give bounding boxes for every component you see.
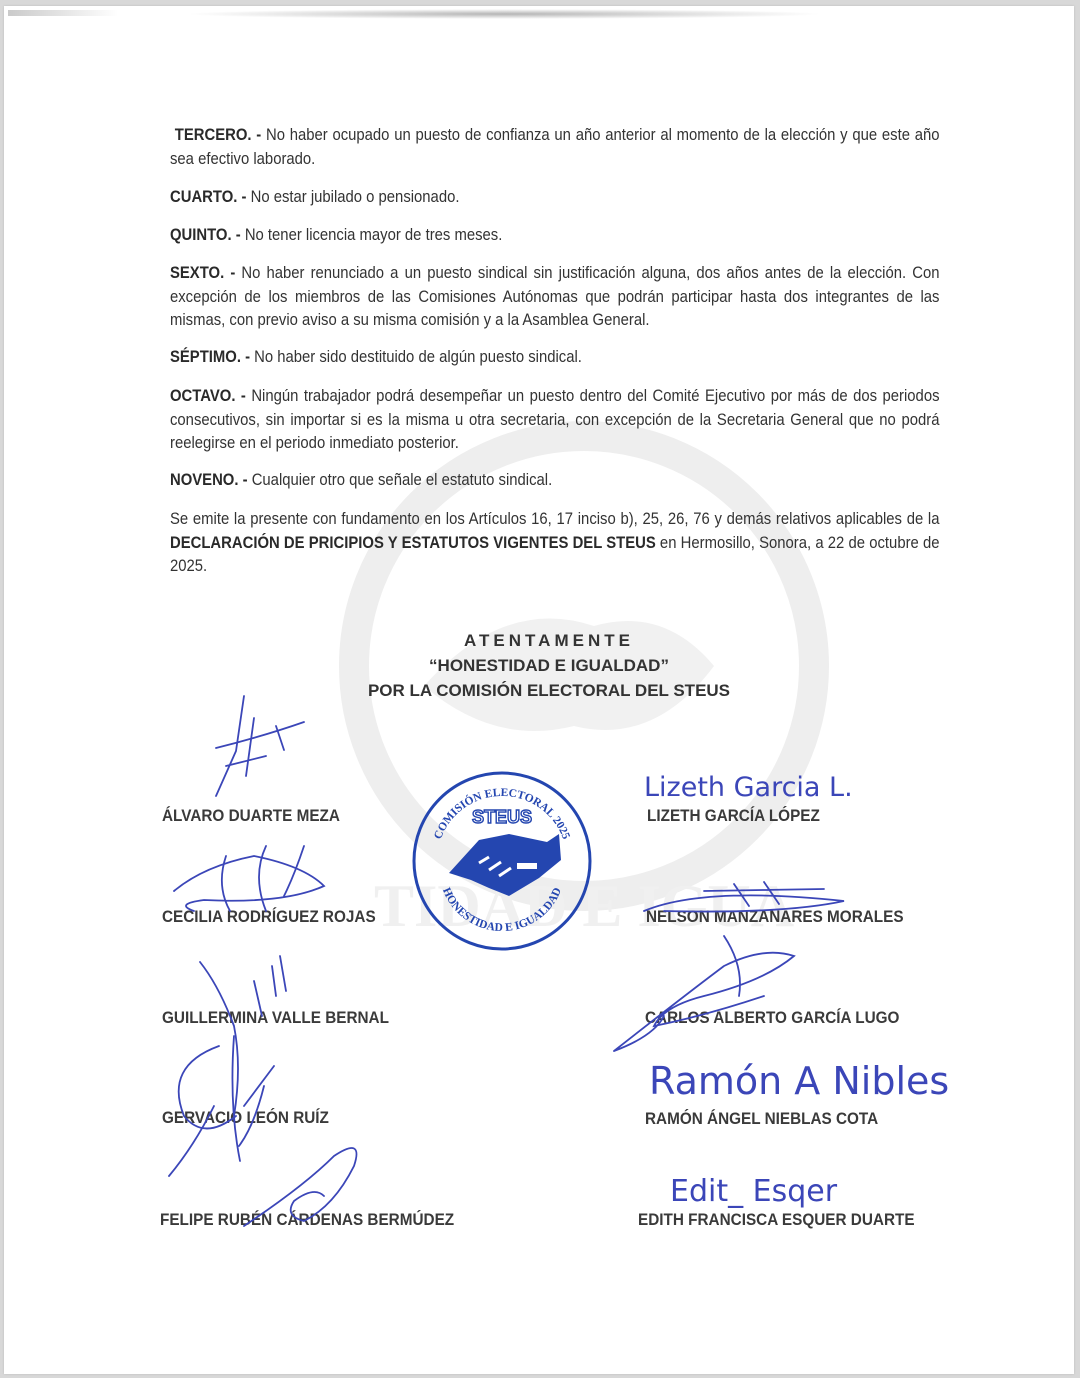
svg-text:HONESTIDAD E IGUALDAD: HONESTIDAD E IGUALDAD bbox=[440, 886, 564, 934]
clause-text: No haber ocupado un puesto de confianza … bbox=[170, 126, 940, 168]
signatory-name: CECILIA RODRÍGUEZ ROJAS bbox=[162, 907, 376, 927]
clause-text: No haber renunciado a un puesto sindical… bbox=[170, 264, 940, 329]
clause-text: No tener licencia mayor de tres meses. bbox=[245, 226, 503, 244]
clause-text: No haber sido destituido de algún puesto… bbox=[254, 348, 582, 366]
seal-center-text: STEUS bbox=[472, 807, 532, 827]
clause-label: CUARTO. bbox=[170, 188, 237, 206]
clause-label: SÉPTIMO. bbox=[170, 348, 241, 366]
motto: “HONESTIDAD E IGUALDAD” bbox=[304, 653, 794, 678]
signatory-name: EDITH FRANCISCA ESQUER DUARTE bbox=[638, 1210, 915, 1230]
atentamente-heading: ATENTAMENTE bbox=[304, 628, 794, 653]
clause-text: No estar jubilado o pensionado. bbox=[251, 188, 460, 206]
scan-edge-shadow bbox=[184, 9, 824, 19]
clause-sexto: SEXTO. - No haber renunciado a un puesto… bbox=[170, 262, 940, 333]
clause-text: Ningún trabajador podrá desempeñar un pu… bbox=[170, 387, 940, 452]
clause-septimo: SÉPTIMO. - No haber sido destituido de a… bbox=[170, 346, 940, 370]
signatory-name: NELSON MANZANARES MORALES bbox=[646, 907, 904, 927]
statute-reference: DECLARACIÓN DE PRICIPIOS Y ESTATUTOS VIG… bbox=[170, 534, 656, 552]
clause-tercero: TERCERO. - No haber ocupado un puesto de… bbox=[170, 124, 940, 171]
signatory-name: CARLOS ALBERTO GARCÍA LUGO bbox=[645, 1008, 899, 1028]
clause-label: TERCERO. bbox=[175, 126, 252, 144]
signatory-name: RAMÓN ÁNGEL NIEBLAS COTA bbox=[645, 1109, 878, 1129]
signatory-name: ÁLVARO DUARTE MEZA bbox=[162, 806, 340, 826]
document-page: TIDAD E IGUA TERCERO. - No haber ocupado… bbox=[4, 6, 1074, 1374]
clause-label: NOVENO. bbox=[170, 471, 238, 489]
signatory-name: GERVACIO LEÓN RUÍZ bbox=[162, 1108, 329, 1128]
committee-line: POR LA COMISIÓN ELECTORAL DEL STEUS bbox=[304, 678, 794, 703]
clause-quinto: QUINTO. - No tener licencia mayor de tre… bbox=[170, 224, 940, 248]
clause-label: SEXTO. bbox=[170, 264, 224, 282]
clause-cuarto: CUARTO. - No estar jubilado o pensionado… bbox=[170, 186, 940, 210]
handwritten-signature-edith: Edit_ Esqer bbox=[670, 1174, 837, 1209]
clause-noveno: NOVENO. - Cualquier otro que señale el e… bbox=[170, 469, 940, 493]
closing-paragraph: Se emite la presente con fundamento en l… bbox=[170, 508, 940, 579]
signatory-name: GUILLERMINA VALLE BERNAL bbox=[162, 1008, 389, 1028]
sign-off: ATENTAMENTE “HONESTIDAD E IGUALDAD” POR … bbox=[304, 628, 794, 703]
clause-text: Cualquier otro que señale el estatuto si… bbox=[252, 471, 553, 489]
scan-edge-shadow-left bbox=[8, 10, 118, 16]
handwritten-signature-lizeth: Lizeth Garcia L. bbox=[644, 772, 853, 803]
clause-label: OCTAVO. bbox=[170, 387, 235, 405]
clause-label: QUINTO. bbox=[170, 226, 232, 244]
handshake-icon bbox=[449, 834, 561, 896]
signatory-name: LIZETH GARCÍA LÓPEZ bbox=[647, 806, 820, 826]
clause-octavo: OCTAVO. - Ningún trabajador podrá desemp… bbox=[170, 385, 940, 456]
electoral-commission-seal: COMISIÓN ELECTORAL 2025 STEUS HONESTIDAD… bbox=[409, 768, 595, 954]
signatory-name: FELIPE RUBÉN CÁRDENAS BERMÚDEZ bbox=[160, 1210, 454, 1230]
handwritten-signature-ramon: Ramón A Nibles bbox=[649, 1059, 949, 1103]
